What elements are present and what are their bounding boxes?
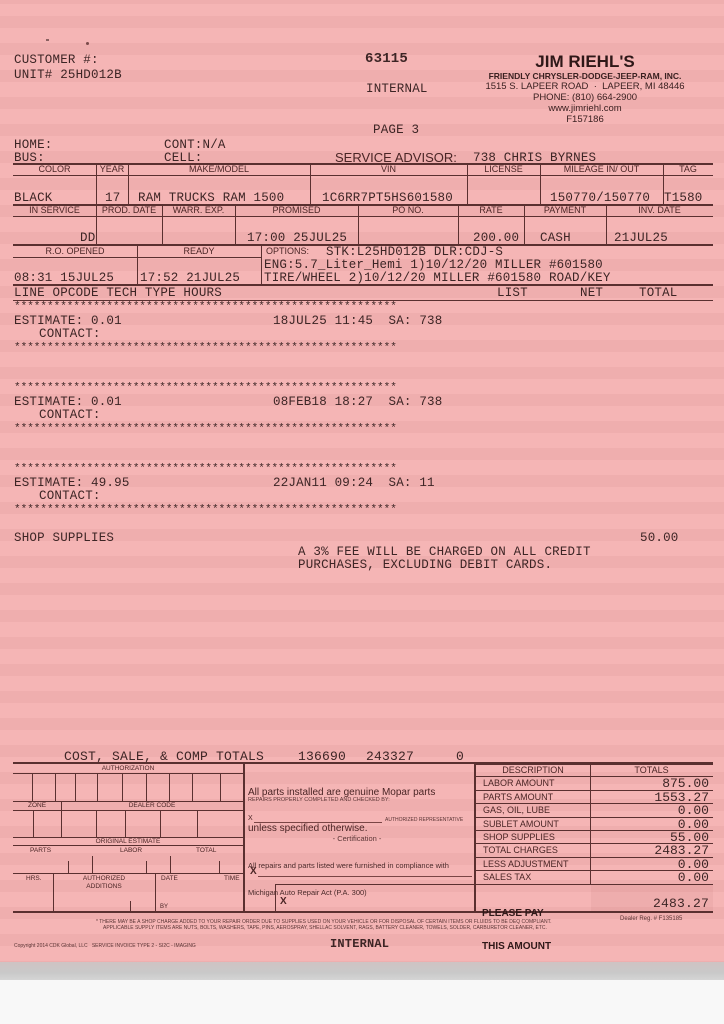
separator-stars: ****************************************… — [14, 382, 397, 394]
options-line: STK:L25HD012B DLR:CDJ-S — [326, 245, 503, 259]
authorization-label: AUTHORIZATION — [13, 765, 243, 772]
customer-signature-x: X — [250, 866, 257, 877]
vehicle-color: BLACK — [14, 191, 53, 205]
parts-label: PARTS — [30, 847, 51, 854]
paper-edge-shadow — [0, 962, 724, 980]
separator-stars: ****************************************… — [14, 342, 397, 354]
estimate-contact: CONTACT: — [39, 327, 101, 341]
invoice-paper: CUSTOMER #: UNIT# 25HD012B 63115 INTERNA… — [0, 0, 724, 962]
authorized-additions-label: AUTHORIZED ADDITIONS — [53, 875, 155, 891]
service-header-promised: PROMISED — [235, 205, 358, 215]
signature-x: X — [248, 815, 253, 822]
totals-row-total-charges: TOTAL CHARGES 2483.27 — [476, 844, 713, 857]
totals-header: TOTALS — [590, 765, 713, 775]
total-label: TOTAL — [196, 847, 216, 854]
dealer-phone: PHONE: (810) 664-2900 — [470, 92, 700, 103]
service-header-in-service: IN SERVICE — [13, 205, 96, 215]
options-line: ENG:5.7_Liter_Hemi 1)10/12/20 MILLER #60… — [264, 258, 603, 272]
in-service-value: DD — [80, 231, 95, 245]
zone-label: ZONE — [13, 802, 61, 809]
service-header-payment: PAYMENT — [524, 205, 606, 215]
hours-label: HRS. — [26, 875, 42, 882]
ro-opened-label: R.O. OPENED — [13, 246, 137, 256]
form-id: F157186 — [470, 114, 700, 125]
repair-order-number: 63115 — [365, 51, 408, 67]
scan-mark — [46, 39, 49, 41]
service-header-inv-date: INV. DATE — [606, 205, 713, 215]
totals-row-label: GAS, OIL, LUBE — [483, 805, 550, 815]
estimate-contact: CONTACT: — [39, 408, 101, 422]
dealer-name: JIM RIEHL'S — [470, 52, 700, 71]
vehicle-header-vin: VIN — [310, 164, 467, 174]
please-pay-line: THIS AMOUNT — [482, 941, 551, 952]
home-phone-label: HOME: — [14, 138, 53, 152]
total-column-header: TOTAL — [639, 286, 678, 300]
shop-supplies-label: SHOP SUPPLIES — [14, 531, 114, 545]
estimate-timestamp: 18JUL25 11:45 SA: 738 — [273, 314, 442, 328]
ready-value: 17:52 21JUL25 — [140, 271, 240, 285]
shop-supplies-amount: 50.00 — [640, 531, 679, 545]
totals-row-value: 2483.27 — [654, 843, 709, 858]
estimate-timestamp: 22JAN11 09:24 SA: 11 — [273, 476, 435, 490]
totals-row-sales-tax: SALES TAX 0.00 — [476, 871, 713, 884]
unit-number: UNIT# 25HD012B — [14, 68, 122, 82]
shop-charge-disclaimer: APPLICABLE SUPPLY ITEMS ARE NUTS, BOLTS,… — [103, 925, 547, 931]
totals-row-label: LABOR AMOUNT — [483, 778, 555, 788]
dealer-address: 1515 S. LAPEER ROAD · LAPEER, MI 48446 — [470, 81, 700, 92]
separator-stars: ****************************************… — [14, 301, 397, 313]
separator-stars: ****************************************… — [14, 504, 397, 516]
vehicle-mileage: 150770/150770 — [550, 191, 650, 205]
dealer-subtitle: FRIENDLY CHRYSLER-DODGE-JEEP-RAM, INC. — [470, 71, 700, 81]
rate-value: 200.00 — [473, 231, 519, 245]
vehicle-header-mileage: MILEAGE IN/ OUT — [540, 164, 663, 174]
service-header-warr-exp: WARR. EXP. — [162, 205, 235, 215]
totals-row-label: TOTAL CHARGES — [483, 845, 558, 855]
dealer-code-label: DEALER CODE — [61, 802, 243, 809]
options-label: OPTIONS: — [266, 246, 309, 256]
ro-opened-value: 08:31 15JUL25 — [14, 271, 114, 285]
totals-row-label: SHOP SUPPLIES — [483, 832, 555, 842]
payment-value: CASH — [540, 231, 571, 245]
contact-value: CONT:N/A — [164, 138, 226, 152]
vehicle-header-tag: TAG — [663, 164, 713, 174]
labor-label: LABOR — [120, 847, 142, 854]
vehicle-header-color: COLOR — [13, 164, 96, 174]
please-pay-line: PLEASE PAY — [482, 908, 551, 919]
customer-number-label: CUSTOMER #: — [14, 53, 99, 67]
list-column-header: LIST — [497, 286, 528, 300]
credit-fee-notice: A 3% FEE WILL BE CHARGED ON ALL CREDIT — [298, 545, 591, 559]
vehicle-make-model: RAM TRUCKS RAM 1500 — [138, 191, 284, 205]
separator-stars: ****************************************… — [14, 423, 397, 435]
totals-row-value: 0.00 — [678, 803, 709, 818]
amount-due-value: 2483.27 — [653, 896, 709, 911]
checked-by-label: REPAIRS PROPERLY COMPLETED AND CHECKED B… — [248, 797, 390, 803]
totals-row-label: LESS ADJUSTMENT — [483, 859, 569, 869]
estimate-amount: ESTIMATE: 0.01 — [14, 395, 122, 409]
dealer-registration: Dealer Reg. # F135185 — [620, 916, 682, 922]
footer-internal-label: INTERNAL — [330, 937, 389, 951]
service-header-po-no: PO NO. — [358, 205, 458, 215]
estimate-contact: CONTACT: — [39, 489, 101, 503]
totals-row-labor: LABOR AMOUNT 875.00 — [476, 777, 713, 790]
date-label: DATE — [161, 875, 178, 882]
dealer-block: JIM RIEHL'S FRIENDLY CHRYSLER-DODGE-JEEP… — [470, 52, 700, 125]
credit-fee-notice: PURCHASES, EXCLUDING DEBIT CARDS. — [298, 558, 552, 572]
by-label: BY — [160, 904, 168, 910]
scan-mark — [86, 42, 89, 45]
totals-row-label: PARTS AMOUNT — [483, 792, 553, 802]
vehicle-year: 17 — [105, 191, 120, 205]
net-column-header: NET — [580, 286, 603, 300]
original-estimate-label: ORIGINAL ESTIMATE — [13, 838, 243, 845]
estimate-amount: ESTIMATE: 49.95 — [14, 476, 130, 490]
totals-row-value: 875.00 — [662, 776, 709, 791]
page-number: PAGE 3 — [373, 123, 419, 137]
copyright-notice: Copyright 2014 CDK Global, LLC SERVICE I… — [14, 943, 196, 949]
promised-value: 17:00 25JUL25 — [247, 231, 347, 245]
service-header-rate: RATE — [458, 205, 524, 215]
invoice-date-value: 21JUL25 — [614, 231, 668, 245]
description-header: DESCRIPTION — [476, 765, 590, 775]
vehicle-vin: 1C6RR7PT5HS601580 — [322, 191, 453, 205]
vehicle-header-year: YEAR — [96, 164, 128, 174]
customer-signature-line[interactable] — [258, 864, 472, 877]
totals-row-gas-oil-lube: GAS, OIL, LUBE 0.00 — [476, 804, 713, 817]
authorized-representative-signature-line[interactable] — [254, 812, 382, 823]
options-line: TIRE/WHEEL 2)10/12/20 MILLER #601580 ROA… — [264, 271, 611, 285]
payment-signature-box[interactable] — [276, 885, 474, 911]
dealer-website: www.jimriehl.com — [470, 103, 700, 114]
vehicle-tag: T1580 — [664, 191, 703, 205]
separator-stars: ****************************************… — [14, 463, 397, 475]
authorized-representative-label: AUTHORIZED REPRESENTATIVE — [385, 817, 463, 823]
vehicle-header-license: LICENSE — [467, 164, 540, 174]
time-label: TIME — [224, 875, 240, 882]
totals-row-value: 0.00 — [678, 870, 709, 885]
totals-row-label: SALES TAX — [483, 872, 531, 882]
ready-label: READY — [137, 246, 261, 256]
estimate-amount: ESTIMATE: 0.01 — [14, 314, 122, 328]
estimate-timestamp: 08FEB18 18:27 SA: 738 — [273, 395, 442, 409]
totals-row-label: SUBLET AMOUNT — [483, 819, 559, 829]
service-header-prod-date: PROD. DATE — [96, 205, 162, 215]
certification-title: - Certification - — [240, 834, 474, 843]
line-items-header: LINE OPCODE TECH TYPE HOURS — [14, 286, 222, 300]
vehicle-header-make-model: MAKE/MODEL — [128, 164, 310, 174]
invoice-type: INTERNAL — [366, 82, 428, 96]
